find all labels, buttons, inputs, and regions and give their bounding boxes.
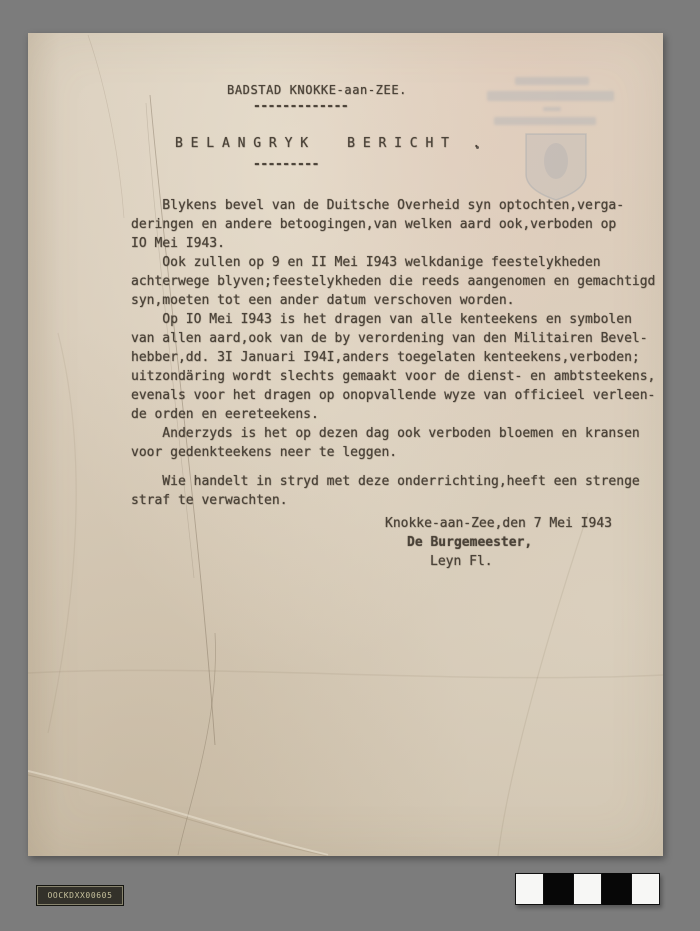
document-body: Blykens bevel van de Duitsche Overheid s… <box>131 196 655 510</box>
calibration-square-black <box>602 873 631 905</box>
body-line: Op IO Mei I943 is het dragen van alle ke… <box>131 310 655 329</box>
body-line: deringen en andere betoogingen,van welke… <box>131 215 655 234</box>
signature-role: De Burgemeester, <box>407 535 532 550</box>
body-line: Wie handelt in stryd met deze onderricht… <box>131 472 655 491</box>
calibration-square-white <box>515 873 544 905</box>
document-page: BADSTAD KNOKKE-aan-ZEE. ------------- B … <box>28 33 663 856</box>
color-calibration-bar <box>515 873 660 905</box>
document-heading: BADSTAD KNOKKE-aan-ZEE. <box>227 83 407 97</box>
calibration-square-white <box>573 873 602 905</box>
body-line: syn,moeten tot een ander datum verschove… <box>131 291 655 310</box>
heading-rule: ------------- <box>253 99 348 114</box>
document-title: B E L A N G R Y K B E R I C H T . <box>175 136 480 151</box>
body-line: van allen aard,ook van de by verordening… <box>131 329 655 348</box>
body-line: Blykens bevel van de Duitsche Overheid s… <box>131 196 655 215</box>
body-line: Anderzyds is het op dezen dag ook verbod… <box>131 424 655 443</box>
scanned-document: BADSTAD KNOKKE-aan-ZEE. ------------- B … <box>0 0 700 931</box>
body-line: achterwege blyven;feestelykheden die ree… <box>131 272 655 291</box>
body-line: voor gedenkteekens neer te leggen. <box>131 443 655 462</box>
body-line: uitzondäring wordt slechts gemaakt voor … <box>131 367 655 386</box>
title-rule: --------- <box>253 157 319 172</box>
archive-label-text: OOCKDXX00605 <box>48 891 113 900</box>
calibration-square-black <box>544 873 573 905</box>
body-line: de orden en eereteekens. <box>131 405 655 424</box>
body-line: hebber,dd. 3I Januari I94I,anders toegel… <box>131 348 655 367</box>
archive-label: OOCKDXX00605 <box>36 885 124 906</box>
calibration-square-white <box>631 873 660 905</box>
body-line: straf te verwachten. <box>131 491 655 510</box>
body-line: IO Mei I943. <box>131 234 655 253</box>
signature-name: Leyn Fl. <box>430 554 493 569</box>
dateline: Knokke-aan-Zee,den 7 Mei I943 <box>385 516 612 531</box>
body-line: Ook zullen op 9 en II Mei I943 welkdanig… <box>131 253 655 272</box>
body-line: evenals voor het dragen op onopvallende … <box>131 386 655 405</box>
